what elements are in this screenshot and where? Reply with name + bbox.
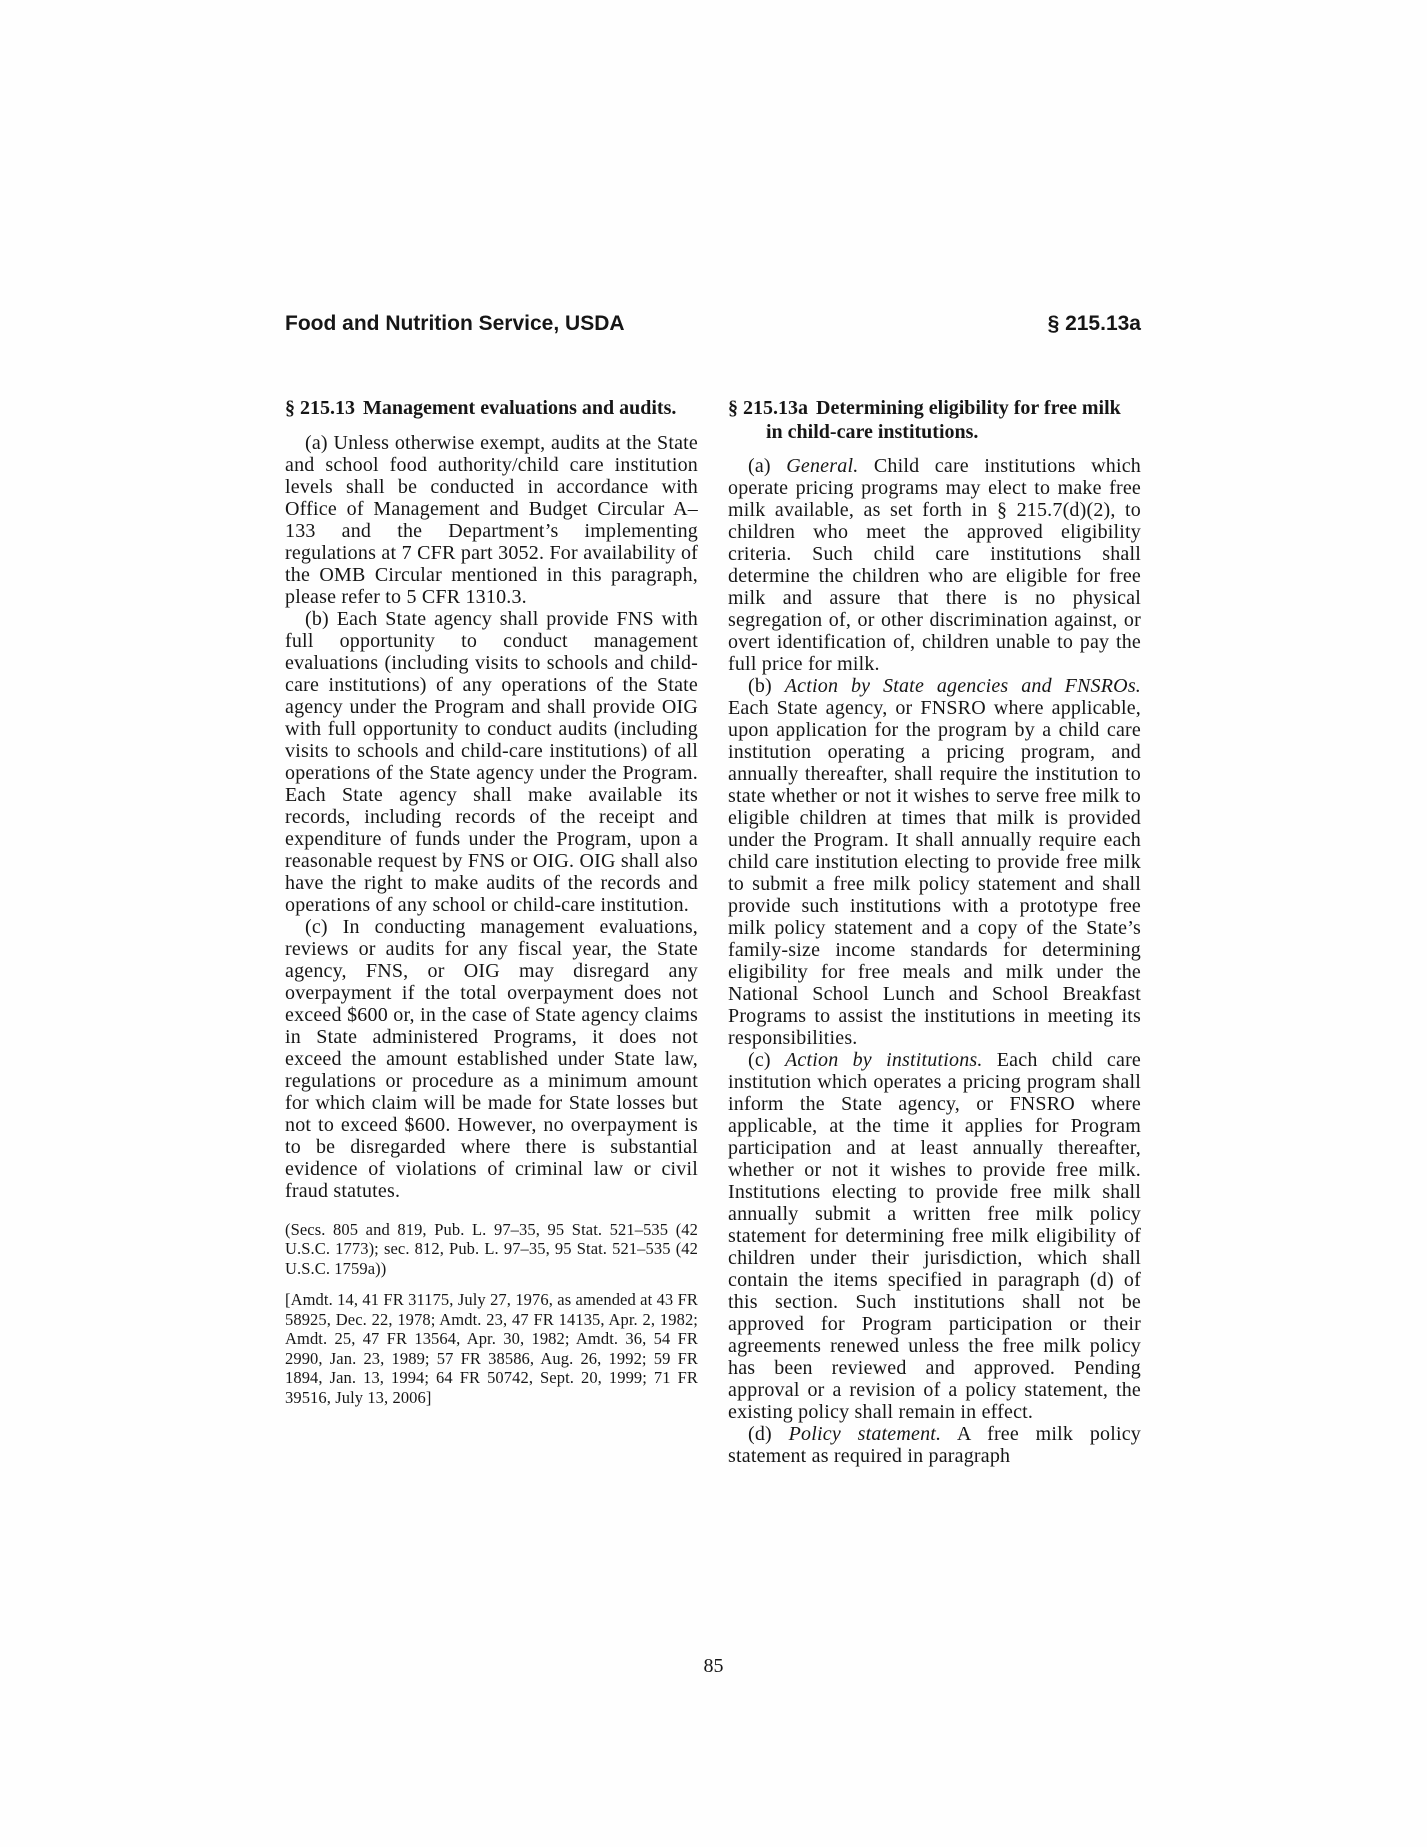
section-number: § 215.13 — [285, 397, 355, 419]
body-paragraph: (c) Action by institutions. Each child c… — [728, 1049, 1141, 1423]
paragraph-text: (a) Unless otherwise exempt, audits at t… — [285, 432, 698, 608]
italic-lead-in: Policy statement. — [789, 1423, 942, 1445]
running-head: Food and Nutrition Service, USDA § 215.1… — [285, 312, 1141, 335]
body-paragraph: (a) General. Child care institutions whi… — [728, 455, 1141, 675]
section-title: Determining eligibility for free milk in… — [766, 397, 1121, 443]
left-column: § 215.13Management evaluations and audit… — [285, 397, 698, 1467]
paragraph-text: (c) In conducting management evaluations… — [285, 916, 698, 1202]
paragraph-text: (d) — [748, 1423, 789, 1445]
paragraph-text: (c) — [748, 1049, 785, 1071]
body-paragraph: (b) Each State agency shall provide FNS … — [285, 608, 698, 916]
body-paragraph: (d) Policy statement. A free milk policy… — [728, 1423, 1141, 1467]
paragraph-text: (b) Each State agency shall provide FNS … — [285, 608, 698, 916]
body-paragraph: (a) Unless otherwise exempt, audits at t… — [285, 432, 698, 608]
two-column-body: § 215.13Management evaluations and audit… — [285, 397, 1141, 1467]
right-column: § 215.13aDetermining eligibility for fre… — [728, 397, 1141, 1467]
document-page: Food and Nutrition Service, USDA § 215.1… — [0, 0, 1427, 1847]
paragraph-text: (a) — [748, 455, 786, 477]
paragraph-text: (b) — [748, 675, 785, 697]
italic-lead-in: Action by State agencies and FNSROs. — [785, 675, 1141, 697]
italic-lead-in: General. — [786, 455, 858, 477]
page-number: 85 — [704, 1655, 724, 1677]
paragraph-text: Each child care institution which operat… — [728, 1049, 1141, 1423]
section-title: Management evaluations and audits. — [363, 397, 676, 419]
section-heading: § 215.13aDetermining eligibility for fre… — [728, 397, 1141, 444]
paragraph-text: Child care institutions which operate pr… — [728, 455, 1141, 675]
running-head-agency: Food and Nutrition Service, USDA — [285, 312, 625, 335]
section-heading: § 215.13Management evaluations and audit… — [285, 397, 698, 421]
running-head-section: § 215.13a — [1048, 312, 1141, 335]
paragraph-text: Each State agency, or FNSRO where applic… — [728, 697, 1141, 1049]
authority-citation: (Secs. 805 and 819, Pub. L. 97–35, 95 St… — [285, 1220, 698, 1279]
section-number: § 215.13a — [728, 397, 808, 419]
amendment-note: [Amdt. 14, 41 FR 31175, July 27, 1976, a… — [285, 1290, 698, 1407]
italic-lead-in: Action by institutions. — [785, 1049, 983, 1071]
body-paragraph: (b) Action by State agencies and FNSROs.… — [728, 675, 1141, 1049]
page-footer: 85 — [0, 1655, 1427, 1678]
body-paragraph: (c) In conducting management evaluations… — [285, 916, 698, 1202]
